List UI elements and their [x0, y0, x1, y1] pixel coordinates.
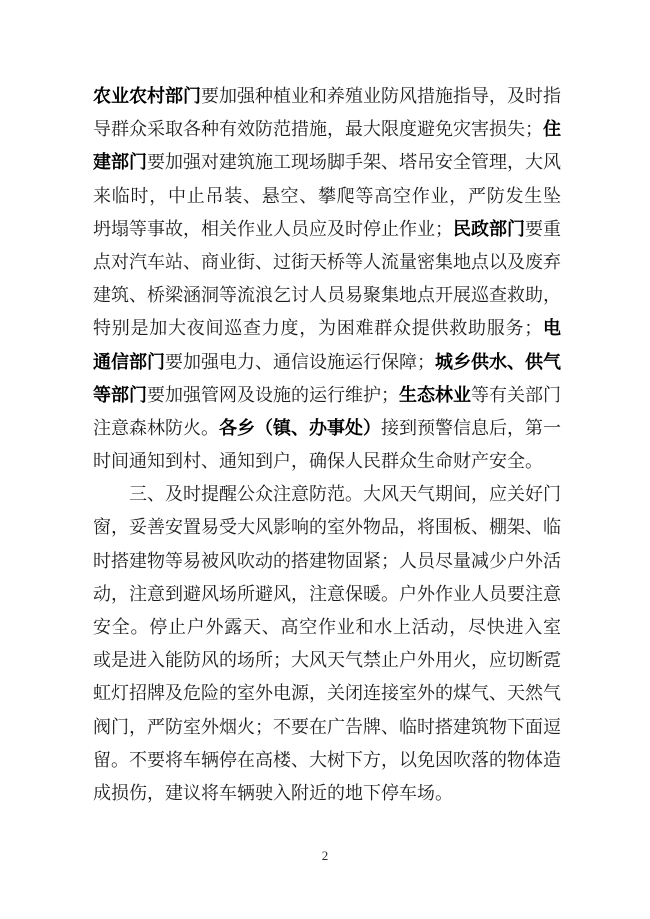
text-segment: 坍塌等事故，相关作业人员应及时停止作业；: [93, 219, 453, 239]
bold-text-segment: 建部门: [93, 152, 147, 172]
text-line: 成损伤，建议将车辆驶入附近的地下停车场。: [93, 777, 561, 810]
page-number: 2: [0, 848, 650, 864]
text-segment: 安全。停止户外露天、高空作业和水上活动，尽快进入室内，: [93, 617, 561, 644]
text-line: 导群众采取各种有效防范措施，最大限度避免灾害损失；住: [93, 113, 561, 146]
text-segment: 要加强电力、通信设施运行保障；: [165, 352, 435, 372]
text-segment: 来临时，中止吊装、悬空、攀爬等高空作业，严防发生坠落、: [93, 186, 561, 213]
text-segment: 点对汽车站、商业街、过街天桥等人流量密集地点以及废弃: [93, 252, 561, 272]
text-block: 农业农村部门要加强种植业和养殖业防风措施指导，及时指导群众采取各种有效防范措施，…: [93, 80, 561, 810]
text-segment: 阀门，严防室外烟火；不要在广告牌、临时搭建筑物下面逗: [93, 717, 561, 737]
text-line: 时间通知到村、通知到户，确保人民群众生命财产安全。: [93, 445, 561, 478]
text-segment: 或是进入能防风的场所；大风天气禁止户外用火，应切断霓: [93, 650, 561, 670]
text-segment: 导群众采取各种有效防范措施，最大限度避免灾害损失；: [93, 119, 543, 139]
text-line: 来临时，中止吊装、悬空、攀爬等高空作业，严防发生坠落、: [93, 180, 561, 213]
bold-text-segment: 各乡（镇、办事处）: [219, 418, 381, 438]
text-line: 农业农村部门要加强种植业和养殖业防风措施指导，及时指: [93, 80, 561, 113]
text-segment: 动，注意到避风场所避风，注意保暖。户外作业人员要注意: [93, 584, 561, 604]
bold-text-segment: 农业农村部门: [93, 86, 201, 106]
text-line: 窗，妥善安置易受大风影响的室外物品，将围板、棚架、临: [93, 511, 561, 544]
text-line: 阀门，严防室外烟火；不要在广告牌、临时搭建筑物下面逗: [93, 711, 561, 744]
text-segment: 留。不要将车辆停在高楼、大树下方，以免因吹落的物体造: [93, 750, 561, 770]
text-segment: 注意森林防火。: [93, 418, 219, 438]
text-segment: 时搭建物等易被风吹动的搭建物固紧；人员尽量减少户外活: [93, 551, 561, 571]
text-line: 动，注意到避风场所避风，注意保暖。户外作业人员要注意: [93, 578, 561, 611]
text-segment: 要重: [525, 219, 561, 239]
text-segment: 等有关部门: [471, 385, 561, 405]
bold-text-segment: 住: [543, 119, 561, 139]
text-segment: 要加强对建筑施工现场脚手架、塔吊安全管理，大风: [147, 152, 561, 172]
document-page: 农业农村部门要加强种植业和养殖业防风措施指导，及时指导群众采取各种有效防范措施，…: [0, 0, 650, 919]
text-line: 建部门要加强对建筑施工现场脚手架、塔吊安全管理，大风: [93, 146, 561, 179]
text-line: 或是进入能防风的场所；大风天气禁止户外用火，应切断霓: [93, 644, 561, 677]
text-line: 点对汽车站、商业街、过街天桥等人流量密集地点以及废弃: [93, 246, 561, 279]
text-line: 时搭建物等易被风吹动的搭建物固紧；人员尽量减少户外活: [93, 545, 561, 578]
text-segment: 时间通知到村、通知到户，确保人民群众生命财产安全。: [93, 451, 543, 471]
text-line: 特别是加大夜间巡查力度，为困难群众提供救助服务；电力、: [93, 312, 561, 345]
text-segment: 要加强管网及设施的运行维护；: [147, 385, 399, 405]
text-segment: 窗，妥善安置易受大风影响的室外物品，将围板、棚架、临: [93, 517, 561, 537]
text-line: 坍塌等事故，相关作业人员应及时停止作业；民政部门要重: [93, 213, 561, 246]
text-segment: 特别是加大夜间巡查力度，为困难群众提供救助服务；: [93, 318, 542, 338]
text-line: 安全。停止户外露天、高空作业和水上活动，尽快进入室内，: [93, 611, 561, 644]
text-segment: 要加强种植业和养殖业防风措施指导，及时指: [201, 86, 561, 106]
text-line: 建筑、桥梁涵洞等流浪乞讨人员易聚集地点开展巡查救助，: [93, 279, 561, 312]
text-segment: 虹灯招牌及危险的室外电源，关闭连接室外的煤气、天然气: [93, 683, 561, 703]
text-line: 等部门要加强管网及设施的运行维护；生态林业等有关部门: [93, 379, 561, 412]
bold-text-segment: 等部门: [93, 385, 147, 405]
text-line: 通信部门要加强电力、通信设施运行保障；城乡供水、供气: [93, 346, 561, 379]
text-segment: 三、及时提醒公众注意防范。大风天气期间，应关好门: [129, 484, 561, 504]
text-line: 三、及时提醒公众注意防范。大风天气期间，应关好门: [93, 478, 561, 511]
text-segment: 建筑、桥梁涵洞等流浪乞讨人员易聚集地点开展巡查救助，: [93, 285, 561, 305]
text-line: 虹灯招牌及危险的室外电源，关闭连接室外的煤气、天然气: [93, 677, 561, 710]
bold-text-segment: 民政部门: [453, 219, 525, 239]
text-line: 留。不要将车辆停在高楼、大树下方，以免因吹落的物体造: [93, 744, 561, 777]
bold-text-segment: 城乡供水、供气: [435, 352, 561, 372]
text-line: 注意森林防火。各乡（镇、办事处）接到预警信息后，第一: [93, 412, 561, 445]
bold-text-segment: 生态林业: [399, 385, 471, 405]
bold-text-segment: 通信部门: [93, 352, 165, 372]
text-segment: 接到预警信息后，第一: [381, 418, 561, 438]
text-segment: 成损伤，建议将车辆驶入附近的地下停车场。: [93, 783, 453, 803]
